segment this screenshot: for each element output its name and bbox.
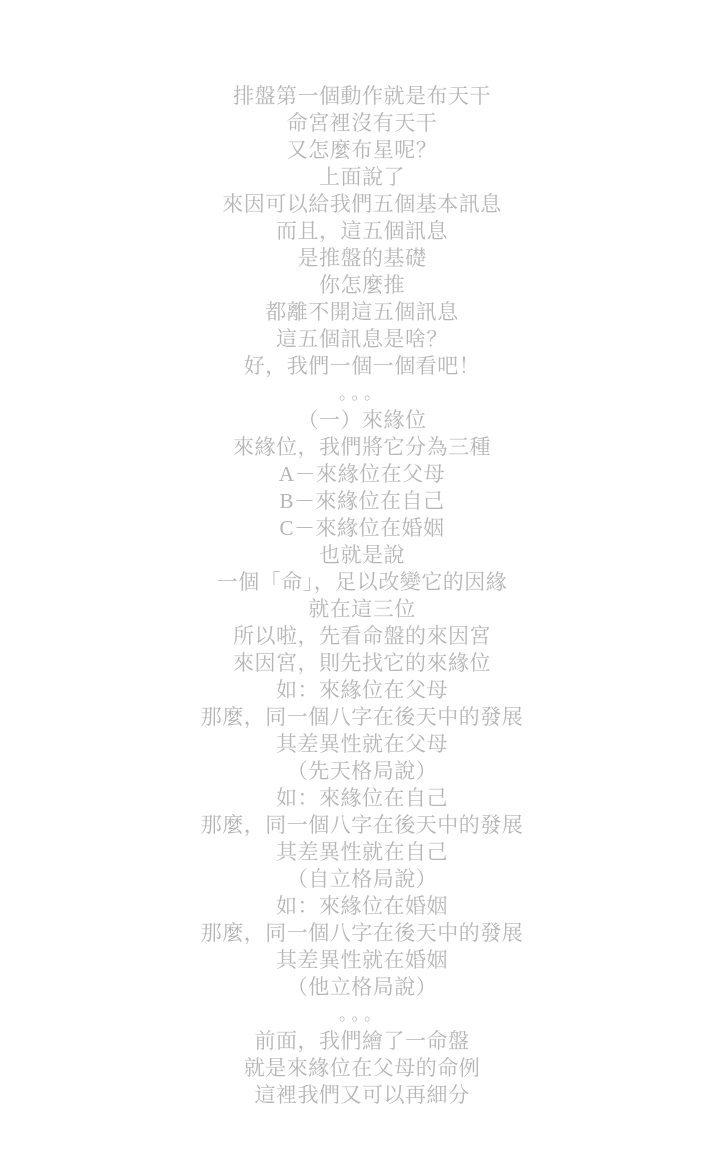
text-line: 來緣位，我們將它分為三種 xyxy=(0,434,724,461)
text-line: 命宮裡沒有天干 xyxy=(0,110,724,137)
text-line: 來因可以給我們五個基本訊息 xyxy=(0,191,724,218)
text-line: C－來緣位在婚姻 xyxy=(0,515,724,542)
text-line: 又怎麼布星呢？ xyxy=(0,137,724,164)
text-line: 來因宮，則先找它的來緣位 xyxy=(0,650,724,677)
text-line: 這五個訊息是啥？ xyxy=(0,326,724,353)
text-line: 就是來緣位在父母的命例 xyxy=(0,1055,724,1082)
text-line: 這裡我們又可以再細分 xyxy=(0,1082,724,1109)
text-line: 而且，這五個訊息 xyxy=(0,218,724,245)
text-line: 如：來緣位在婚姻 xyxy=(0,893,724,920)
text-line: 上面說了 xyxy=(0,164,724,191)
text-line: 所以啦，先看命盤的來因宮 xyxy=(0,623,724,650)
text-line: 如：來緣位在父母 xyxy=(0,677,724,704)
text-line: 一個「命」，足以改變它的因緣 xyxy=(0,569,724,596)
text-line: （一）來緣位 xyxy=(0,407,724,434)
document-page: 排盤第一個動作就是布天干命宮裡沒有天干又怎麼布星呢？上面說了來因可以給我們五個基… xyxy=(0,0,724,1109)
text-line: 那麼，同一個八字在後天中的發展 xyxy=(0,704,724,731)
text-line: 那麼，同一個八字在後天中的發展 xyxy=(0,812,724,839)
text-line: （自立格局說） xyxy=(0,866,724,893)
text-line: 其差異性就在自己 xyxy=(0,839,724,866)
text-line: A－來緣位在父母 xyxy=(0,461,724,488)
article-text-block: 排盤第一個動作就是布天干命宮裡沒有天干又怎麼布星呢？上面說了來因可以給我們五個基… xyxy=(0,0,724,1109)
text-line: （他立格局說） xyxy=(0,974,724,1001)
text-line: （先天格局說） xyxy=(0,758,724,785)
text-line: 都離不開這五個訊息 xyxy=(0,299,724,326)
text-line: 你怎麼推 xyxy=(0,272,724,299)
text-line: 是推盤的基礎 xyxy=(0,245,724,272)
ellipsis-separator: 。。。 xyxy=(0,380,724,407)
text-line: 排盤第一個動作就是布天干 xyxy=(0,83,724,110)
text-line: 那麼，同一個八字在後天中的發展 xyxy=(0,920,724,947)
text-line: 也就是說 xyxy=(0,542,724,569)
text-line: B－來緣位在自己 xyxy=(0,488,724,515)
ellipsis-separator: 。。。 xyxy=(0,1001,724,1028)
text-line: 好，我們一個一個看吧！ xyxy=(0,353,724,380)
text-line: 如：來緣位在自己 xyxy=(0,785,724,812)
text-line: 其差異性就在父母 xyxy=(0,731,724,758)
text-line: 就在這三位 xyxy=(0,596,724,623)
text-line: 其差異性就在婚姻 xyxy=(0,947,724,974)
text-line: 前面，我們繪了一命盤 xyxy=(0,1028,724,1055)
